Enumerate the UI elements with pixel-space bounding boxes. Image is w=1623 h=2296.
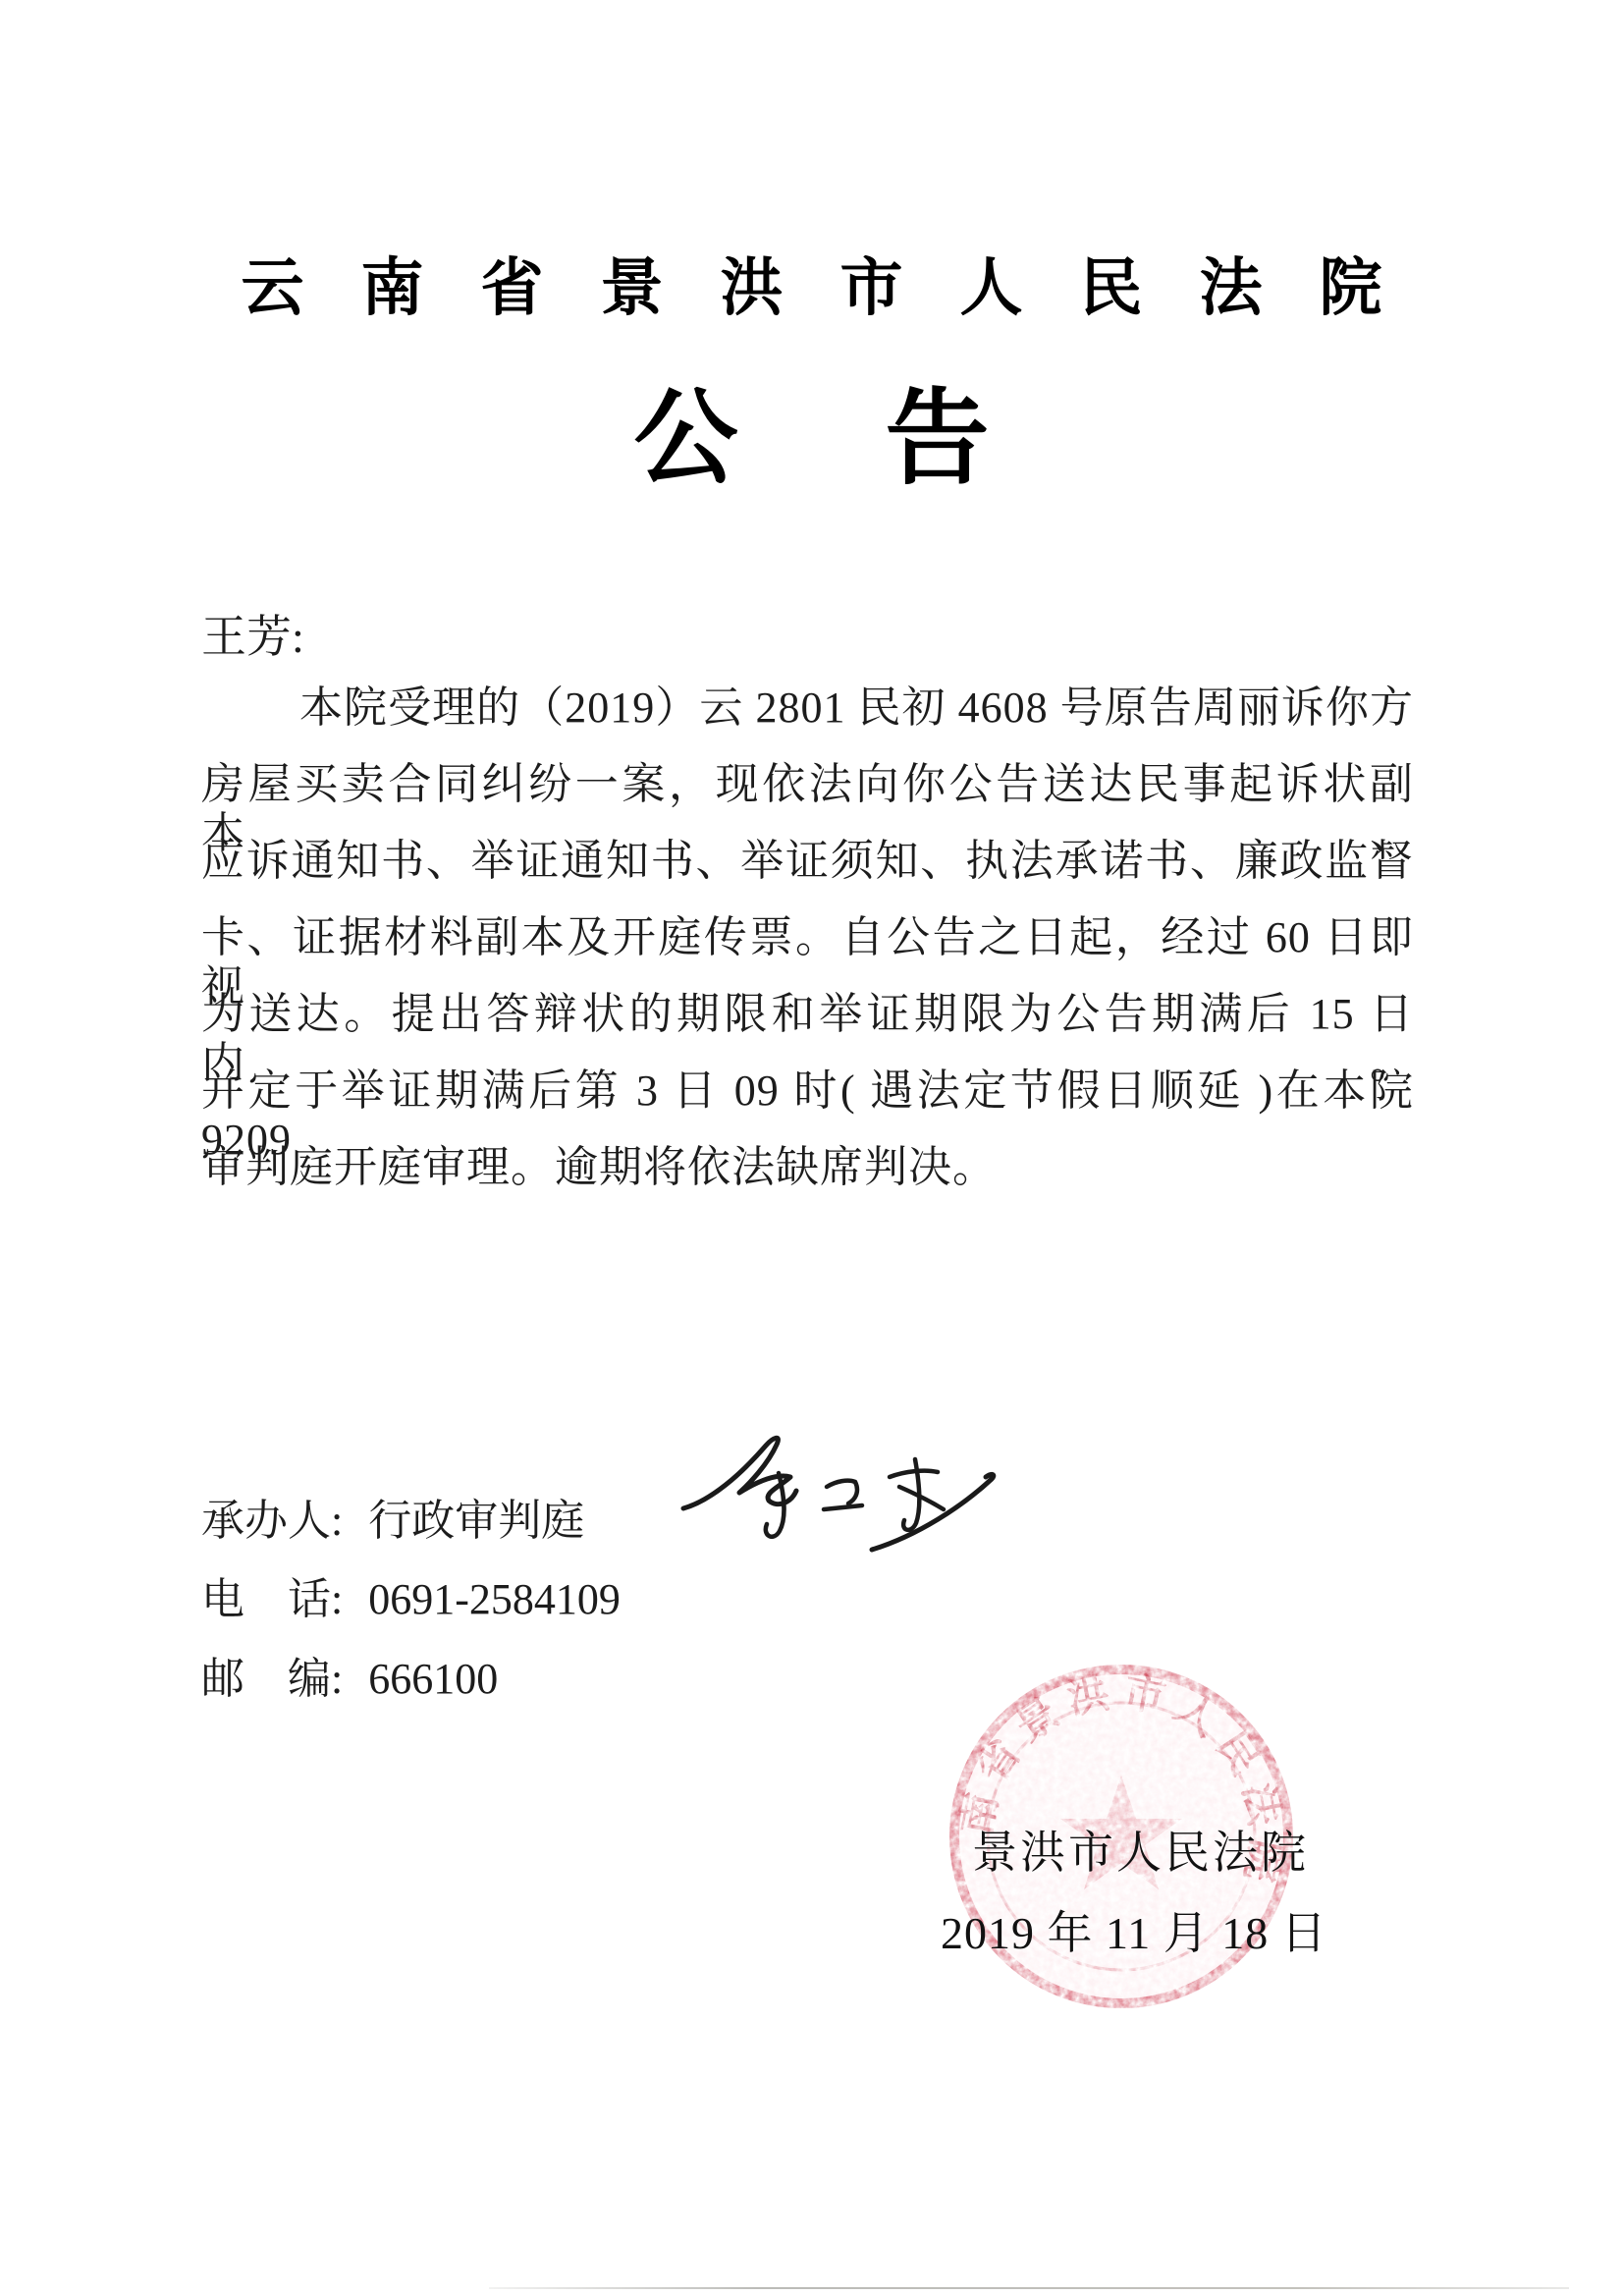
postcode-label: 邮 编: [201,1655,343,1704]
footer-date: 2019 年 11 月 18 日 [941,1909,1327,1958]
postcode-value: 666100 [368,1655,498,1704]
footer-court-name: 景洪市人民法院 [972,1829,1309,1878]
body-line: 应诉通知书、举证通知书、举证须知、执法承诺书、廉政监督 [201,837,1414,886]
scan-artifact-line [489,2287,1569,2289]
handwritten-signature [679,1432,1003,1564]
phone-value: 0691-2584109 [368,1575,621,1624]
handler-value: 行政审判庭 [368,1497,584,1546]
handler-label: 承办人: [201,1497,343,1546]
body-line: 审判庭开庭审理。逾期将依法缺席判决。 [201,1143,1414,1192]
document-title: 公告 [0,355,1623,505]
addressee: 王芳: [201,613,304,662]
phone-label: 电 话: [201,1575,343,1624]
phone-row: 电 话: 0691-2584109 [201,1575,621,1624]
body-line: 本院受理的（2019）云 2801 民初 4608 号原告周丽诉你方 [201,683,1414,733]
announcement-document: 云南省景洪市人民法院 公告 王芳: 本院受理的（2019）云 2801 民初 4… [0,0,1623,2296]
postcode-row: 邮 编: 666100 [201,1655,498,1704]
court-name-heading: 云南省景洪市人民法院 [0,238,1623,328]
handler-row: 承办人: 行政审判庭 [201,1497,584,1546]
